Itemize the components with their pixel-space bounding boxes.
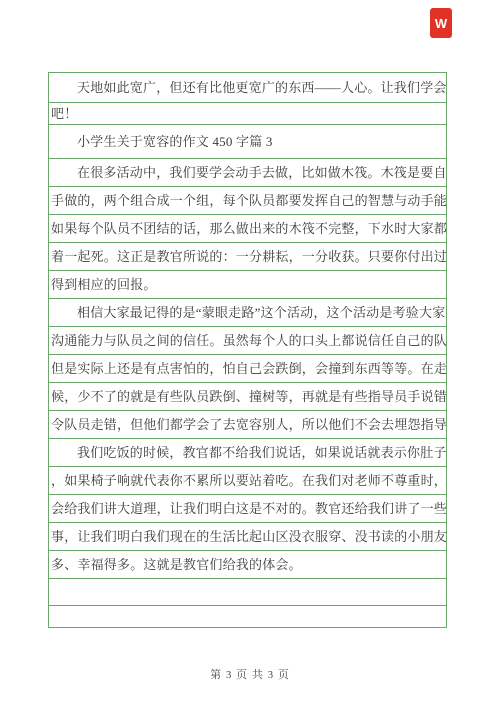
- essay-line: 沟通能力与队员之间的信任。虽然每个人的口头上都说信任自己的队员，: [49, 327, 446, 355]
- essay-line: 着一起死。这正是教官所说的：一分耕耘，一分收获。只要你付出过就会: [49, 243, 446, 271]
- essay-line: 手做的，两个组合成一个组，每个队员都要发挥自己的智慧与动手能力。: [49, 187, 446, 215]
- essay-title-line: 小学生关于宽容的作文 450 字篇 3: [49, 125, 446, 159]
- essay-line: 相信大家最记得的是“蒙眼走路”这个活动，这个活动是考验大家的: [49, 299, 446, 327]
- essay-line: 如果每个队员不团结的话，那么做出来的木筏不完整，下水时大家都会抱: [49, 215, 446, 243]
- essay-line: 候，少不了的就是有些队员跌倒、撞树等，再就是有些指导员手说错方向: [49, 383, 446, 411]
- document-icon-letter: W: [435, 17, 447, 30]
- essay-line: 令队员走错，但他们都学会了去宽容别人，所以他们不会去埋怨指导员。: [49, 411, 446, 439]
- essay-empty-line: [49, 606, 446, 627]
- essay-line: 在很多活动中，我们要学会动手去做，比如做木筏。木筏是要自己亲: [49, 159, 446, 187]
- essay-grid: 天地如此宽广，但还有比他更宽广的东西——人心。让我们学会宽容 吧！ 小学生关于宽…: [48, 72, 447, 628]
- essay-line: 但是实际上还是有点害怕的，怕自己会跌倒，会撞到东西等等。在走的时: [49, 355, 446, 383]
- essay-line: 天地如此宽广，但还有比他更宽广的东西——人心。让我们学会宽容: [49, 73, 446, 103]
- document-page: W 天地如此宽广，但还有比他更宽广的东西——人心。让我们学会宽容 吧！ 小学生关…: [0, 0, 500, 708]
- essay-line: 我们吃饭的时候，教官都不给我们说话，如果说话就表示你肚子不饿: [49, 439, 446, 467]
- essay-line: 吧！: [49, 103, 446, 125]
- essay-empty-line: [49, 579, 446, 606]
- page-number: 第 3 页 共 3 页: [0, 666, 500, 682]
- essay-line: 多、幸福得多。这就是教官们给我的体会。: [49, 551, 446, 579]
- essay-line: 事，让我们明白我们现在的生活比起山区没衣服穿、没书读的小朋友好得: [49, 523, 446, 551]
- essay-line: ，如果椅子响就代表你不累所以要站着吃。在我们对老师不尊重时，教官: [49, 467, 446, 495]
- essay-line: 得到相应的回报。: [49, 271, 446, 299]
- essay-line: 会给我们讲大道理，让我们明白这是不对的。教官还给我们讲了一些小故: [49, 495, 446, 523]
- red-document-icon: W: [430, 8, 452, 38]
